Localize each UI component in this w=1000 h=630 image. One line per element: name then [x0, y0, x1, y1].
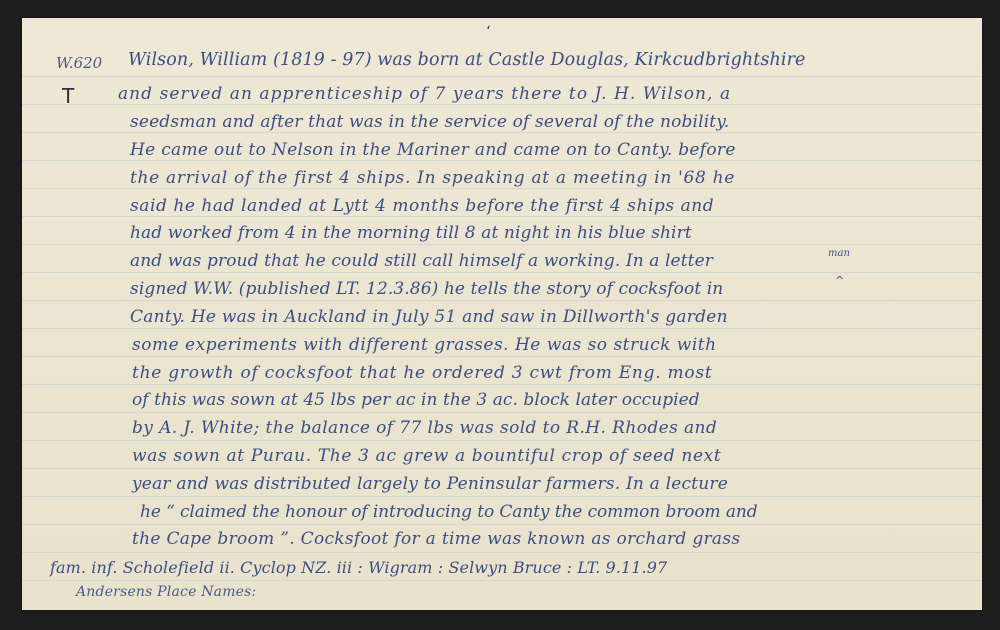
insertion-caret: ^ — [835, 274, 844, 287]
insertion-word: man — [828, 248, 850, 259]
text-line-13: of this was sown at 45 lbs per ac in the… — [132, 390, 700, 410]
text-line-17: he “ claimed the honour of introducing t… — [140, 502, 758, 522]
text-line-7: had worked from 4 in the morning till 8 … — [130, 223, 692, 243]
top-tick-mark: ʻ — [486, 24, 490, 40]
ruled-line — [22, 76, 982, 77]
ruled-line — [22, 580, 982, 581]
ruled-line — [22, 468, 982, 469]
ruled-line — [22, 440, 982, 441]
text-line-12: the growth of cocksfoot that he ordered … — [132, 363, 712, 383]
ruled-line — [22, 188, 982, 189]
sources-line: fam. inf. Scholefield ii. Cyclop NZ. iii… — [50, 558, 667, 577]
reference-number: W.620 — [56, 54, 102, 72]
ruled-line — [22, 216, 982, 217]
text-line-6: said he had landed at Lytt 4 months befo… — [130, 196, 714, 216]
text-line-11: some experiments with different grasses.… — [132, 335, 717, 355]
ruled-line — [22, 384, 982, 385]
text-line-15: was sown at Purau. The 3 ac grew a bount… — [132, 446, 721, 466]
ruled-line — [22, 300, 982, 301]
place-names-line: Andersens Place Names: — [76, 584, 256, 600]
text-line-5: the arrival of the first 4 ships. In spe… — [130, 168, 735, 188]
text-line-14: by A. J. White; the balance of 77 lbs wa… — [132, 418, 717, 438]
text-line-10: Canty. He was in Auckland in July 51 and… — [130, 307, 728, 327]
text-line-4: He came out to Nelson in the Mariner and… — [130, 140, 736, 160]
text-line-18: the Cape broom ”. Cocksfoot for a time w… — [132, 529, 740, 549]
text-line-1: Wilson, William (1819 - 97) was born at … — [128, 50, 806, 70]
text-line-9: signed W.W. (published LT. 12.3.86) he t… — [130, 279, 723, 299]
ruled-line — [22, 356, 982, 357]
text-line-3: seedsman and after that was in the servi… — [130, 112, 729, 132]
ruled-line — [22, 160, 982, 161]
ruled-line — [22, 496, 982, 497]
ruled-line — [22, 552, 982, 553]
ruled-line — [22, 328, 982, 329]
ruled-line — [22, 272, 982, 273]
ruled-line — [22, 244, 982, 245]
text-line-2: and served an apprenticeship of 7 years … — [118, 84, 731, 104]
ruled-line — [22, 524, 982, 525]
text-line-16: year and was distributed largely to Peni… — [132, 474, 728, 494]
ruled-line — [22, 132, 982, 133]
ruled-line — [22, 104, 982, 105]
text-line-8: and was proud that he could still call h… — [130, 251, 713, 271]
index-card: ʻ W.620 T Wilson, William (1819 - 97) wa… — [22, 18, 982, 610]
margin-cross-mark: T — [62, 84, 74, 108]
ruled-line — [22, 412, 982, 413]
